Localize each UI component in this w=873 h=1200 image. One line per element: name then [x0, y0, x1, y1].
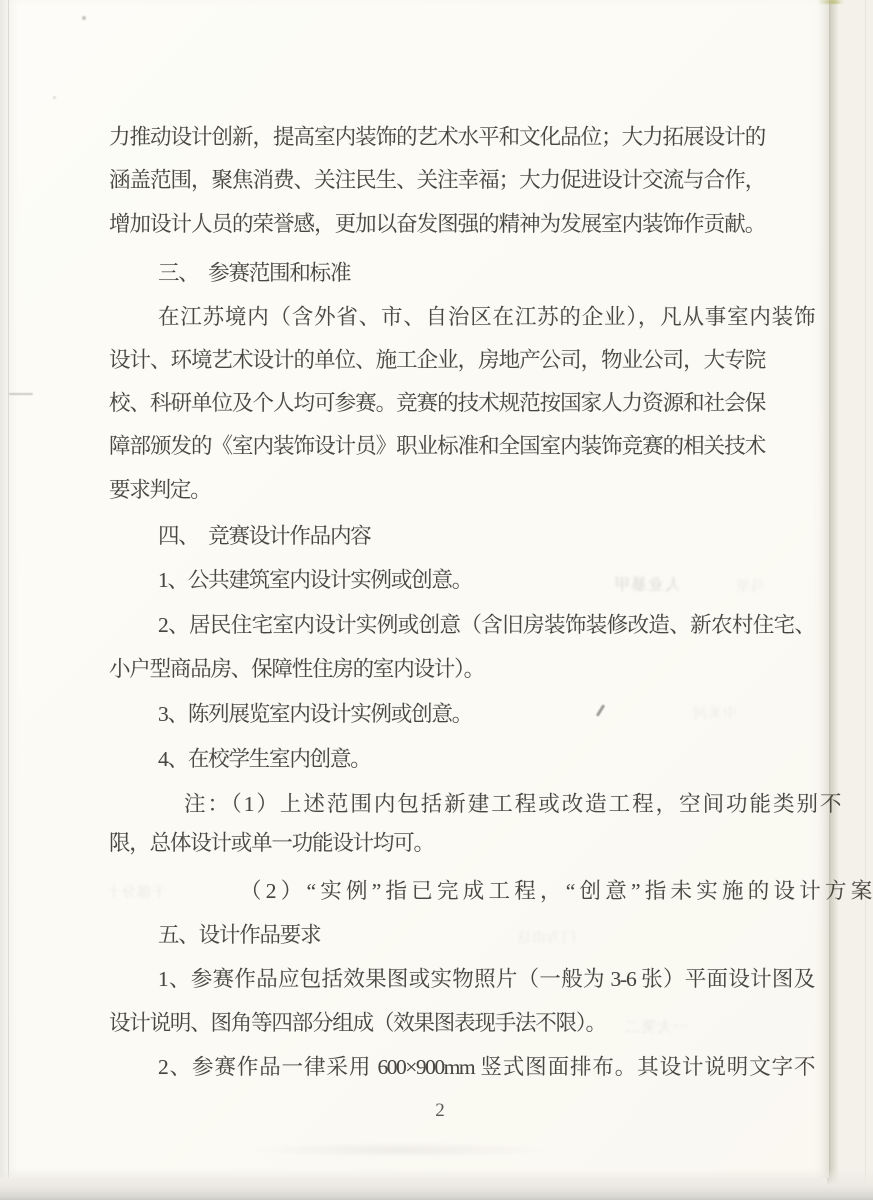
dust-speck	[82, 16, 86, 20]
page-number: 2	[425, 1100, 455, 1122]
scan-smudge	[250, 1142, 550, 1158]
stray-dash-mark	[9, 393, 33, 395]
text-line: 2、参赛作品一律采用 600×900mm 竖式图面排布。其设计说明文字不	[109, 1054, 814, 1082]
text-line: 1、参赛作品应包括效果图或实物照片（一般为 3-6 张）平面设计图及	[109, 966, 814, 994]
text-line: 四、 竞赛设计作品内容	[109, 523, 814, 551]
text-line: 五、设计作品要求	[109, 922, 814, 950]
text-line: 1、公共建筑室内设计实例或创意。	[109, 567, 814, 595]
scanner-bed-strip	[827, 0, 873, 1200]
text-line: 在江苏境内（含外省、市、自治区在江苏的企业），凡从事室内装饰	[109, 304, 814, 332]
text-line: 涵盖范围，聚焦消费、关注民生、关注幸福；大力促进设计交流与合作，	[109, 167, 765, 195]
bleedthrough-mark: 一大笑二	[624, 1016, 688, 1037]
bleedthrough-mark: 人业暴甲	[613, 572, 681, 595]
bleedthrough-mark: 干部分十	[106, 882, 166, 902]
text-line: 限，总体设计或单一功能设计均可。	[109, 830, 765, 858]
bleedthrough-mark: 门为由这	[516, 927, 576, 947]
text-line: 要求判定。	[109, 477, 765, 505]
bleedthrough-mark: 中米河	[692, 703, 737, 723]
bleedthrough-mark: 马里	[735, 576, 765, 596]
text-line: 注：（1）上述范围内包括新建工程或改造工程，空间功能类别不	[109, 791, 840, 819]
text-line: 校、科研单位及个人均可参赛。竞赛的技术规范按国家人力资源和社会保	[109, 390, 765, 418]
scan-bottom-band	[0, 1168, 873, 1200]
text-line: 4、在校学生室内创意。	[109, 746, 814, 774]
text-line: 小户型商品房、保障性住房的室内设计）。	[109, 656, 765, 684]
text-line: 2、居民住宅室内设计实例或创意（含旧房装饰装修改造、新农村住宅、	[109, 612, 814, 640]
text-layer: 力推动设计创新，提高室内装饰的艺术水平和文化品位；大力拓展设计的涵盖范围，聚焦消…	[0, 0, 829, 1178]
document-page: 力推动设计创新，提高室内装饰的艺术水平和文化品位；大力拓展设计的涵盖范围，聚焦消…	[0, 0, 829, 1178]
scanned-document: 力推动设计创新，提高室内装饰的艺术水平和文化品位；大力拓展设计的涵盖范围，聚焦消…	[0, 0, 873, 1200]
text-line: 设计、环境艺术设计的单位、施工企业，房地产公司，物业公司，大专院	[109, 347, 765, 375]
dust-speck	[53, 96, 56, 99]
text-line: 障部颁发的《室内装饰设计员》职业标准和全国室内装饰竞赛的相关技术	[109, 433, 765, 461]
scan-edge-artifact	[818, 0, 844, 4]
text-line: 三、 参赛范围和标准	[109, 260, 814, 288]
text-line: 力推动设计创新，提高室内装饰的艺术水平和文化品位；大力拓展设计的	[109, 124, 765, 152]
text-line: 增加设计人员的荣誉感，更加以奋发图强的精神为发展室内装饰作贡献。	[109, 211, 765, 239]
text-line: （2）“实例”指已完成工程，“创意”指未实施的设计方案。	[109, 878, 873, 906]
